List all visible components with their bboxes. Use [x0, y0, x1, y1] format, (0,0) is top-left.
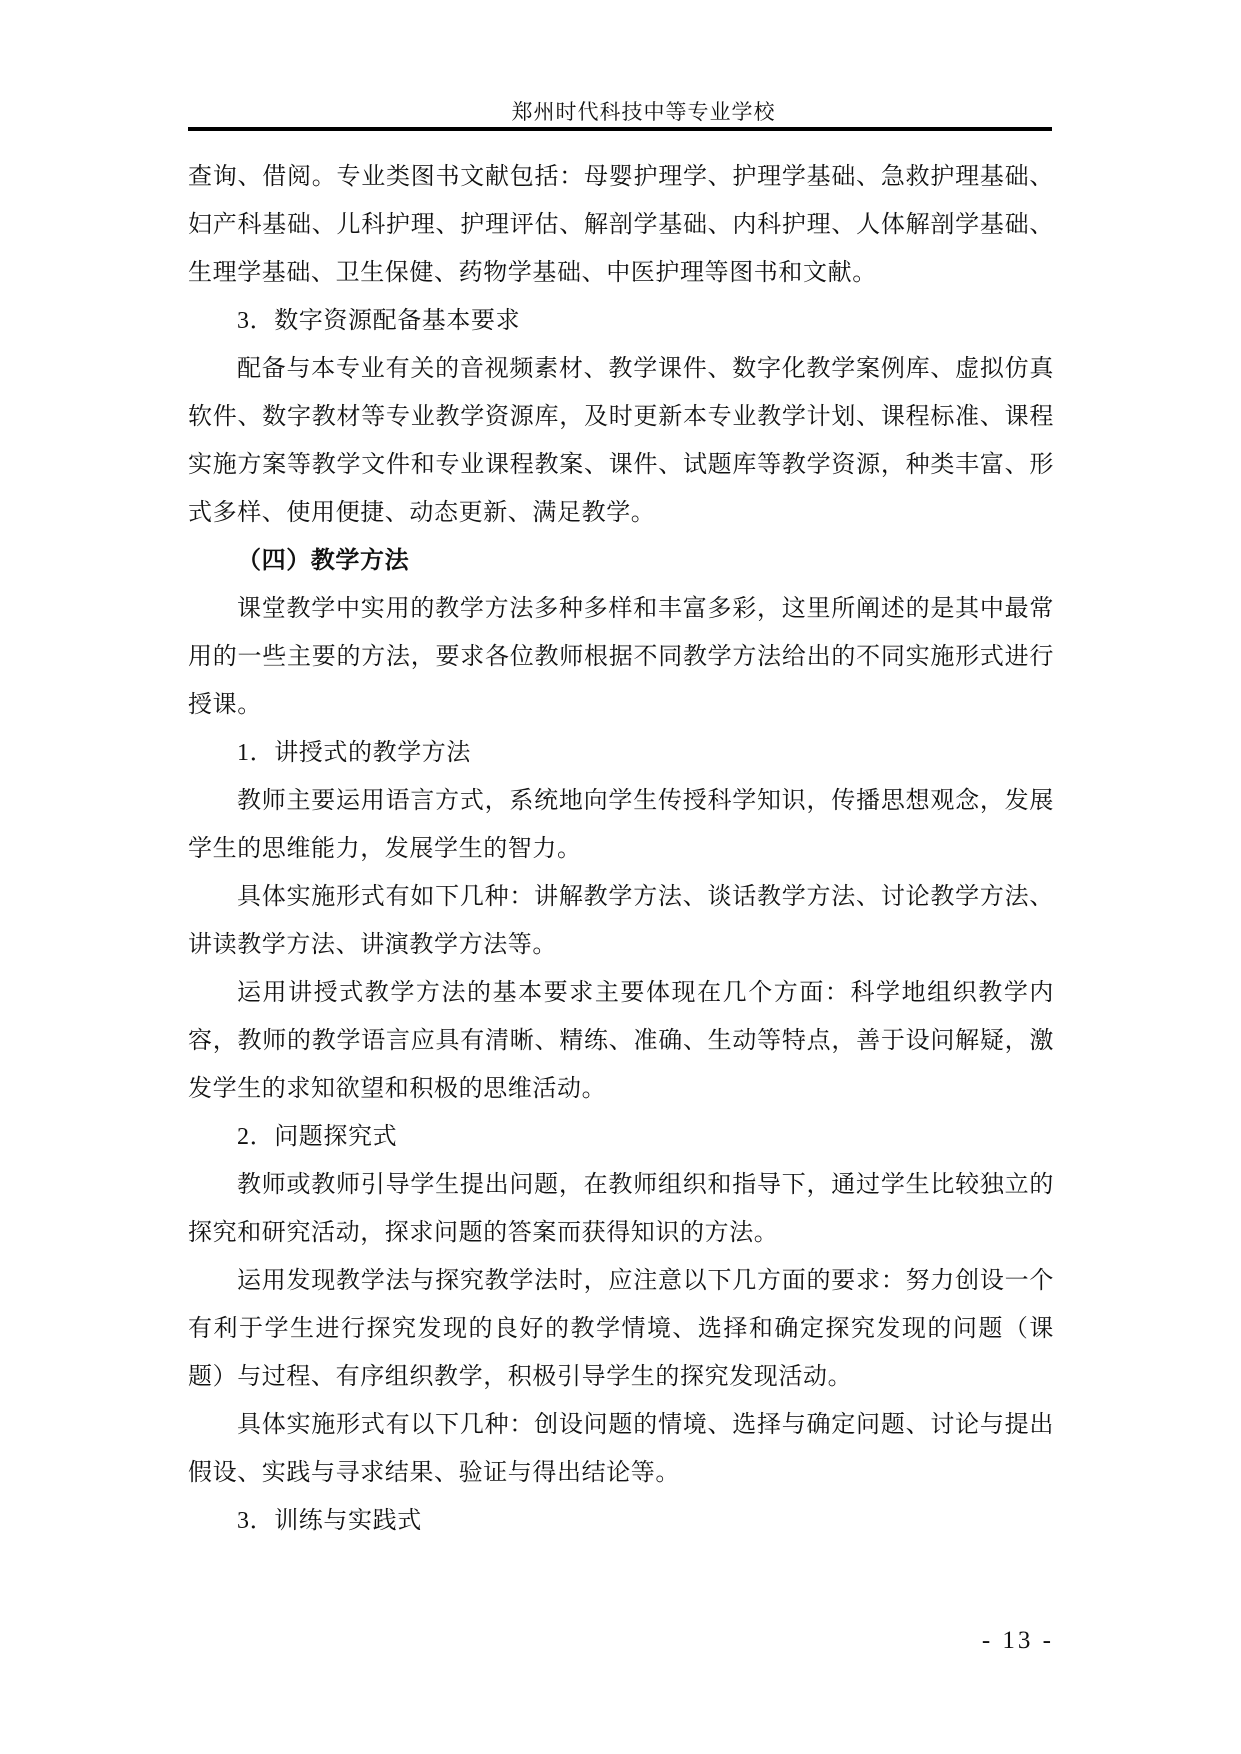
paragraph: 课堂教学中实用的教学方法多种多样和丰富多彩，这里所阐述的是其中最常用的一些主要的…: [188, 585, 1054, 729]
document-page: 郑州时代科技中等专业学校 查询、借阅。专业类图书文献包括：母婴护理学、护理学基础…: [0, 0, 1241, 1754]
paragraph: 3．数字资源配备基本要求: [188, 297, 1054, 345]
page-number: - 13 -: [188, 1627, 1054, 1655]
header-school-name: 郑州时代科技中等专业学校: [0, 96, 1241, 126]
paragraph: 运用讲授式教学方法的基本要求主要体现在几个方面：科学地组织教学内容，教师的教学语…: [188, 969, 1054, 1113]
paragraph: 具体实施形式有以下几种：创设问题的情境、选择与确定问题、讨论与提出假设、实践与寻…: [188, 1401, 1054, 1497]
document-body: 查询、借阅。专业类图书文献包括：母婴护理学、护理学基础、急救护理基础、妇产科基础…: [188, 153, 1054, 1545]
header-rule: [188, 127, 1052, 131]
paragraph: 1．讲授式的教学方法: [188, 729, 1054, 777]
paragraph: 具体实施形式有如下几种：讲解教学方法、谈话教学方法、讨论教学方法、讲读教学方法、…: [188, 873, 1054, 969]
paragraph: 配备与本专业有关的音视频素材、教学课件、数字化教学案例库、虚拟仿真软件、数字教材…: [188, 345, 1054, 537]
paragraph: 运用发现教学法与探究教学法时，应注意以下几方面的要求：努力创设一个有利于学生进行…: [188, 1257, 1054, 1401]
paragraph: 教师主要运用语言方式，系统地向学生传授科学知识，传播思想观念，发展学生的思维能力…: [188, 777, 1054, 873]
paragraph: 教师或教师引导学生提出问题，在教师组织和指导下，通过学生比较独立的探究和研究活动…: [188, 1161, 1054, 1257]
section-heading: （四）教学方法: [188, 537, 1054, 585]
paragraph: 3．训练与实践式: [188, 1497, 1054, 1545]
paragraph: 查询、借阅。专业类图书文献包括：母婴护理学、护理学基础、急救护理基础、妇产科基础…: [188, 153, 1054, 297]
paragraph: 2．问题探究式: [188, 1113, 1054, 1161]
